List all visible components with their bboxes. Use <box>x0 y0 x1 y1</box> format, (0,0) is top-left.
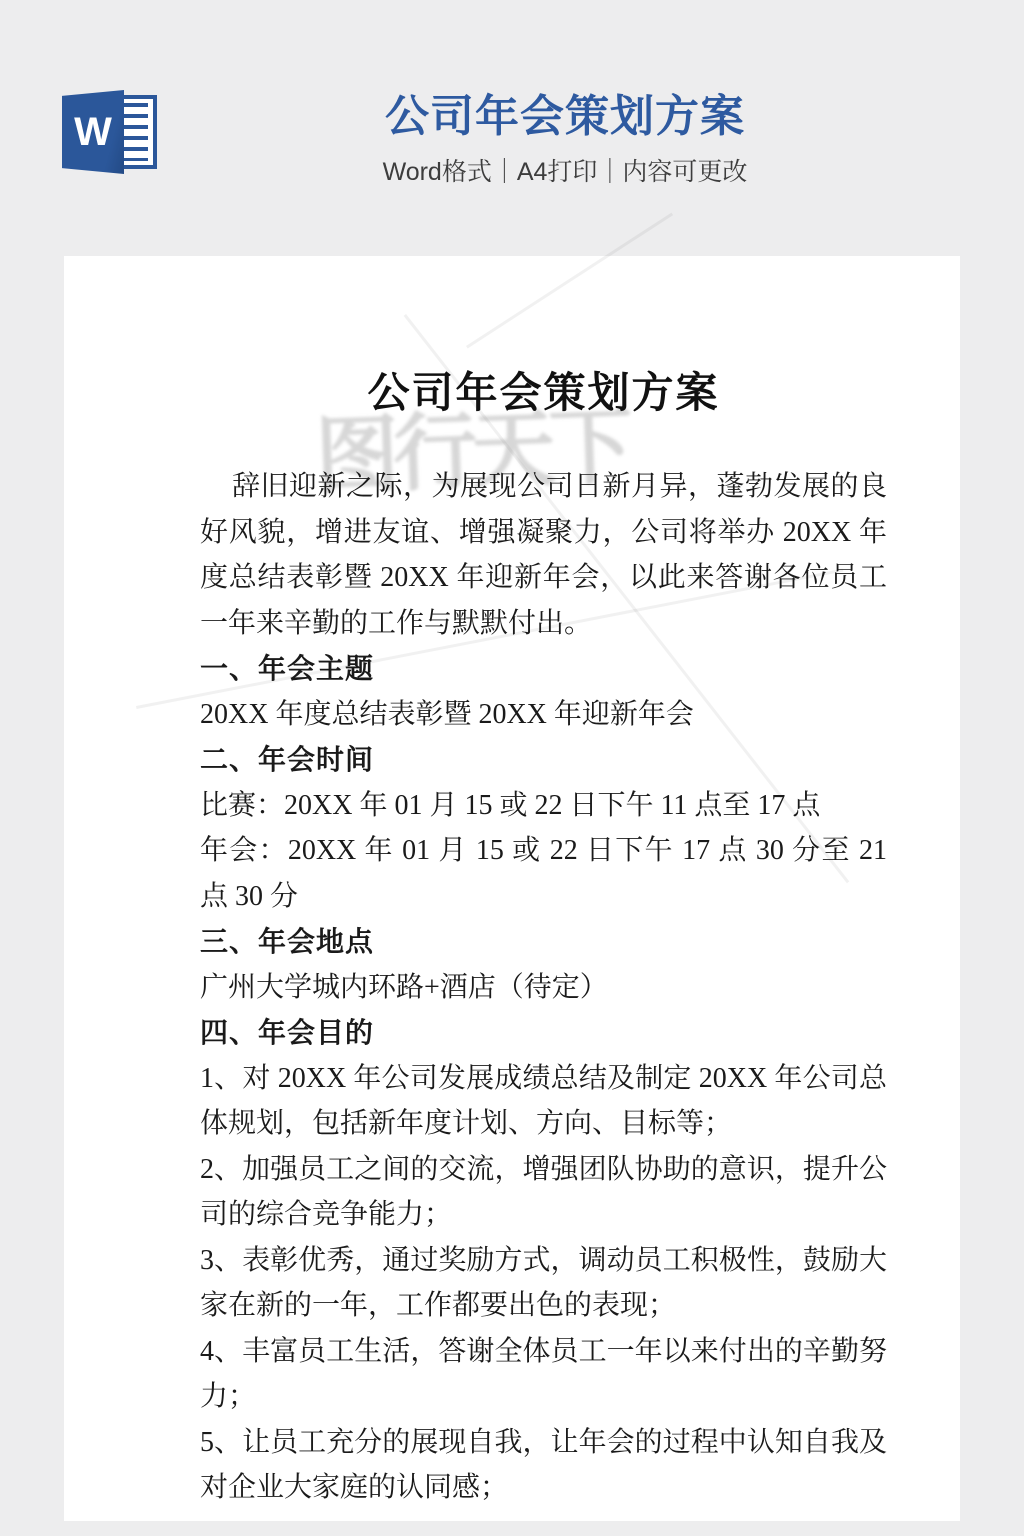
banner-title: 公司年会策划方案 <box>106 92 1024 142</box>
doc-heading: 四、年会目的 <box>200 1010 887 1056</box>
doc-paragraph: 5、让员工充分的展现自我，让年会的过程中认知自我及对企业大家庭的认同感； <box>200 1420 887 1511</box>
doc-heading: 一、年会主题 <box>200 646 887 692</box>
template-preview-page: W 公司年会策划方案 Word格式｜A4打印｜内容可更改 图行天下 公司年会策划… <box>0 0 1024 1536</box>
doc-body: 辞旧迎新之际，为展现公司日新月异，蓬勃发展的良好风貌，增进友谊、增强凝聚力，公司… <box>200 464 887 1511</box>
doc-heading: 二、年会时间 <box>200 737 887 783</box>
doc-paragraph: 年会：20XX 年 01 月 15 或 22 日下午 17 点 30 分至 21… <box>200 828 887 919</box>
banner-text: 公司年会策划方案 Word格式｜A4打印｜内容可更改 <box>0 92 1024 186</box>
banner-subtitle: Word格式｜A4打印｜内容可更改 <box>106 158 1024 186</box>
doc-paragraph: 比赛：20XX 年 01 月 15 或 22 日下午 11 点至 17 点 <box>200 783 887 829</box>
doc-heading: 三、年会地点 <box>200 919 887 965</box>
doc-paragraph: 20XX 年度总结表彰暨 20XX 年迎新年会 <box>200 692 887 738</box>
document-paper: 公司年会策划方案 辞旧迎新之际，为展现公司日新月异，蓬勃发展的良好风貌，增进友谊… <box>64 256 960 1521</box>
doc-paragraph: 3、表彰优秀，通过奖励方式，调动员工积极性，鼓励大家在新的一年，工作都要出色的表… <box>200 1238 887 1329</box>
banner: W 公司年会策划方案 Word格式｜A4打印｜内容可更改 <box>0 0 1024 256</box>
doc-paragraph: 4、丰富员工生活，答谢全体员工一年以来付出的辛勤努力； <box>200 1329 887 1420</box>
doc-paragraph: 广州大学城内环路+酒店（待定） <box>200 965 887 1011</box>
doc-paragraph: 辞旧迎新之际，为展现公司日新月异，蓬勃发展的良好风貌，增进友谊、增强凝聚力，公司… <box>200 464 887 646</box>
doc-paragraph: 1、对 20XX 年公司发展成绩总结及制定 20XX 年公司总体规划，包括新年度… <box>200 1056 887 1147</box>
doc-paragraph: 2、加强员工之间的交流，增强团队协助的意识，提升公司的综合竞争能力； <box>200 1147 887 1238</box>
document-title: 公司年会策划方案 <box>200 368 887 420</box>
